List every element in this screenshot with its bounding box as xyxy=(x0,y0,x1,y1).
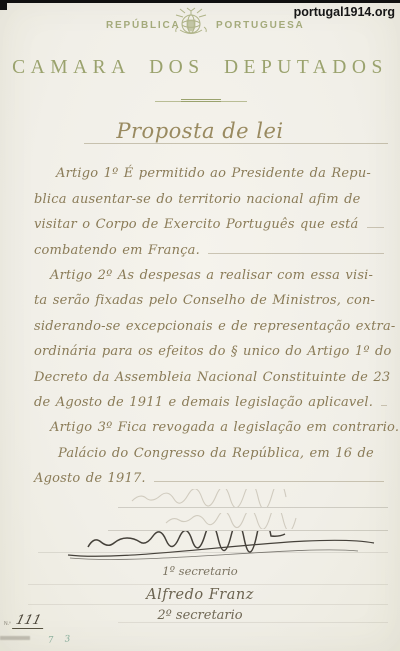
title-rule-double xyxy=(181,99,221,102)
masthead: REPÚBLICA PORTUGUESA xyxy=(0,12,400,40)
ink-rule xyxy=(154,481,384,482)
handwritten-line: Decreto da Assembleia Nacional Constitui… xyxy=(34,359,386,384)
rule-line xyxy=(38,552,388,553)
signature-scribble xyxy=(58,531,382,565)
handwritten-line: siderando-se excepcionais e de represent… xyxy=(34,308,386,333)
micro-print-mark xyxy=(0,636,30,640)
rule-line xyxy=(118,507,388,508)
handwritten-line: Palácio do Congresso da República, em 16… xyxy=(34,435,386,460)
handwritten-line: Artigo 3º Fica revogada a legislação em … xyxy=(34,410,386,435)
registry-stamp: N.º 111 xyxy=(4,613,45,629)
green-pencil-mark: 7 3 xyxy=(48,634,75,646)
pencil-note-scribble xyxy=(162,513,342,529)
pencil-note-scribble xyxy=(128,489,380,507)
ink-rule xyxy=(367,227,385,228)
stamp-number: 111 xyxy=(12,613,47,629)
heading-underline xyxy=(84,143,388,144)
handwritten-body: Artigo 1º É permitido ao Presidente da R… xyxy=(34,156,386,486)
second-secretary-signature: Alfredo Franz xyxy=(0,587,400,603)
masthead-portuguesa: PORTUGUESA xyxy=(216,20,305,31)
handwritten-line: Agosto de 1917. xyxy=(34,461,386,486)
second-secretary-label: 2º secretario xyxy=(0,608,400,623)
handwritten-heading: Proposta de lei xyxy=(0,119,400,143)
handwritten-line: Artigo 2º As despesas a realisar com ess… xyxy=(34,258,386,283)
page-title: CAMARA DOS DEPUTADOS xyxy=(0,57,400,79)
document-page: portugal1914.org REPÚBLICA PORTUGUESA CA… xyxy=(0,0,400,651)
handwritten-line: ta serão fixadas pelo Conselho de Minist… xyxy=(34,283,386,308)
first-secretary-label: 1º secretario xyxy=(0,564,400,578)
coat-of-arms-icon xyxy=(170,3,212,39)
rule-line xyxy=(28,604,388,605)
handwritten-line: visitar o Corpo de Exercito Português qu… xyxy=(34,207,386,232)
handwritten-line: de Agosto de 1911 e demais legislação ap… xyxy=(34,385,386,410)
handwritten-line: Artigo 1º É permitido ao Presidente da R… xyxy=(34,156,386,181)
ink-rule xyxy=(381,405,387,406)
handwritten-line: blica ausentar-se do territorio nacional… xyxy=(34,181,386,206)
stamp-prefix: N.º xyxy=(4,621,11,627)
handwritten-line: combatendo em França. xyxy=(34,232,386,257)
ink-rule xyxy=(208,253,384,254)
rule-line xyxy=(118,622,388,623)
scan-corner-mark xyxy=(0,0,7,10)
rule-line xyxy=(28,584,388,585)
handwritten-line: ordinária para os efeitos do § unico do … xyxy=(34,334,386,359)
